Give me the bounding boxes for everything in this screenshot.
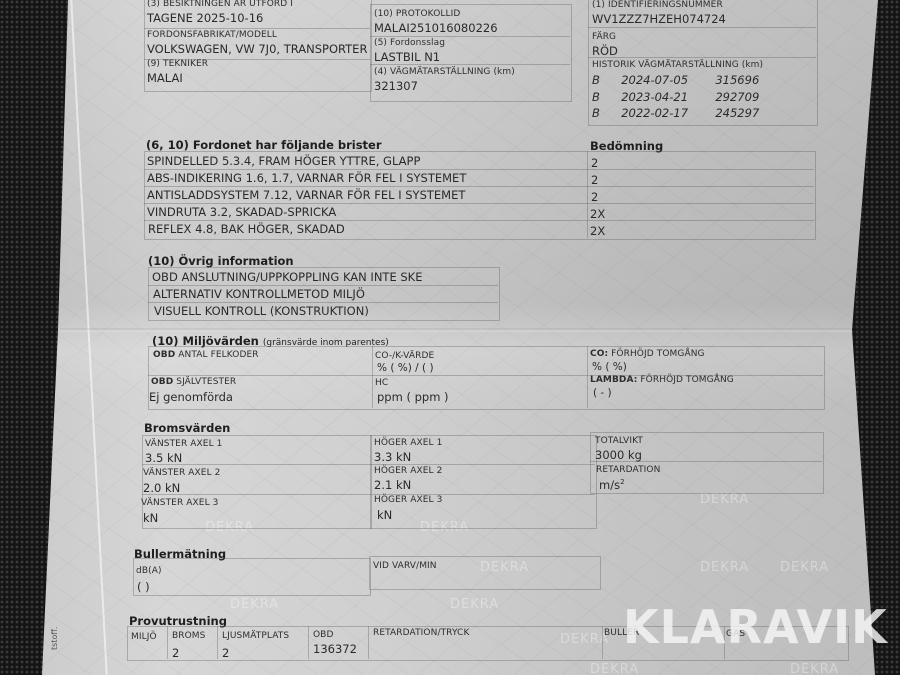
equipment-label: RETARDATION/TRYCK xyxy=(373,628,469,638)
retardation-value: m/s2 xyxy=(599,478,625,492)
total-weight-label: TOTALVIKT xyxy=(595,436,643,446)
history-date: 2023-04-21 xyxy=(621,90,688,104)
protocol-id-value: MALAI251016080226 xyxy=(374,21,498,35)
odometer-value: 321307 xyxy=(374,79,418,93)
brakes-title: Bromsvärden xyxy=(144,421,230,435)
dekra-watermark: DEKRA xyxy=(790,662,839,675)
color-label: FÄRG xyxy=(592,32,616,42)
retardation-unit: m/s xyxy=(599,478,620,492)
dekra-watermark: DEKRA xyxy=(780,560,829,575)
noise-rpm-label: VID VARV/MIN xyxy=(373,561,437,571)
divider xyxy=(144,220,814,221)
noise-dba-box xyxy=(133,558,371,596)
right-axle-2-label: HÖGER AXEL 2 xyxy=(374,466,442,476)
noise-dba-label: dB(A) xyxy=(136,566,162,576)
right-axle-1-value: 3.3 kN xyxy=(374,450,411,464)
obd-prefix: OBD xyxy=(153,350,175,360)
vin-value: WV1ZZZ7HZEH074724 xyxy=(592,12,726,26)
history-code: B xyxy=(592,106,600,120)
defect-rating: 2 xyxy=(591,156,598,170)
noise-dba-value: ( ) xyxy=(137,580,150,594)
co-idle-label-text: FÖRHÖJD TOMGÅNG xyxy=(611,349,705,359)
divider xyxy=(587,346,588,408)
inspection-document: DEKRA DEKRA DEKRA DEKRA DEKRA DEKRA DEKR… xyxy=(0,0,900,675)
dekra-watermark: DEKRA xyxy=(230,597,279,612)
defect-text: ABS-INDIKERING 1.6, 1.7, VARNAR FÖR FEL … xyxy=(147,171,466,185)
equipment-value: 136372 xyxy=(313,642,357,656)
divider xyxy=(142,494,595,495)
history-date: 2022-02-17 xyxy=(621,106,688,120)
obd-prefix: OBD xyxy=(151,377,173,387)
divider xyxy=(142,464,595,465)
right-axle-3-value: kN xyxy=(377,508,392,522)
defect-rating: 2 xyxy=(591,190,598,204)
inspection-place-value: TAGENE 2025-10-16 xyxy=(147,11,263,25)
paper-fold-horizontal xyxy=(60,328,860,332)
equipment-label: BROMS xyxy=(172,631,206,641)
color-value: RÖD xyxy=(592,44,618,58)
right-axle-2-value: 2.1 kN xyxy=(374,478,411,492)
self-tests-label: OBD SJÄLVTESTER xyxy=(151,377,236,387)
technician-label: (9) TEKNIKER xyxy=(147,59,208,69)
left-axle-1-label: VÄNSTER AXEL 1 xyxy=(145,439,223,449)
left-axle-2-value: 2.0 kN xyxy=(143,481,180,495)
other-info-line: OBD ANSLUTNING/UPPKOPPLING KAN INTE SKE xyxy=(152,270,422,284)
fault-codes-label-text: ANTAL FELKODER xyxy=(178,350,258,360)
divider xyxy=(308,626,309,659)
other-info-line: VISUELL KONTROLL (KONSTRUKTION) xyxy=(154,304,369,318)
equipment-value: 2 xyxy=(222,646,229,660)
dekra-watermark: DEKRA xyxy=(700,560,749,575)
dekra-watermark: DEKRA xyxy=(700,492,749,507)
divider xyxy=(144,186,814,187)
equipment-label: LJUSMÄTPLATS xyxy=(222,631,289,641)
retardation-exponent: 2 xyxy=(620,478,624,486)
lambda-value: ( - ) xyxy=(593,387,612,399)
retardation-label: RETARDATION xyxy=(596,465,660,475)
lambda-label: LAMBDA: FÖRHÖJD TOMGÅNG xyxy=(590,375,734,385)
hc-label: HC xyxy=(375,378,388,388)
divider xyxy=(587,151,588,238)
history-km: 292709 xyxy=(715,90,759,104)
self-tests-value: Ej genomförda xyxy=(149,390,233,404)
defect-rating: 2X xyxy=(590,224,605,238)
klaravik-watermark-logo: KLARAVIK xyxy=(623,604,888,650)
history-code: B xyxy=(592,73,600,87)
fault-codes-label: OBD ANTAL FELKODER xyxy=(153,350,259,360)
co-k-label: CO-/K-VÄRDE xyxy=(375,351,434,361)
vehicle-type-label: (5) Fordonsslag xyxy=(374,38,445,48)
total-weight-value: 3000 kg xyxy=(595,448,642,462)
defect-rating: 2X xyxy=(590,207,605,221)
left-axle-3-label: VÄNSTER AXEL 3 xyxy=(141,498,219,508)
vehicle-type-value: LASTBIL N1 xyxy=(374,50,440,64)
odometer-history-row: B 2022-02-17 245297 xyxy=(592,106,759,120)
equipment-label: MILJÖ xyxy=(131,632,157,642)
lambda-prefix: LAMBDA: xyxy=(590,375,637,385)
divider xyxy=(588,57,816,58)
right-axle-3-label: HÖGER AXEL 3 xyxy=(374,495,442,505)
left-axle-1-value: 3.5 kN xyxy=(145,451,182,465)
make-model-label: FORDONSFABRIKAT/MODELL xyxy=(147,30,277,40)
lambda-label-text: FÖRHÖJD TOMGÅNG xyxy=(640,375,734,385)
other-info-line: ALTERNATIV KONTROLLMETOD MILJÖ xyxy=(153,287,365,301)
hc-value: ppm ( ppm ) xyxy=(377,390,449,404)
paper-fold-vertical xyxy=(70,0,107,675)
dekra-watermark: DEKRA xyxy=(590,662,639,675)
left-axle-2-label: VÄNSTER AXEL 2 xyxy=(143,468,221,478)
divider xyxy=(148,302,498,303)
odometer-history-row: B 2024-07-05 315696 xyxy=(592,73,759,87)
divider xyxy=(167,626,168,659)
right-axle-1-label: HÖGER AXEL 1 xyxy=(374,438,442,448)
divider xyxy=(370,64,570,65)
history-code: B xyxy=(592,90,600,104)
defects-title: (6, 10) Fordonet har följande brister xyxy=(146,138,382,152)
inspection-place-label: (3) BESIKTNINGEN ÄR UTFÖRD I xyxy=(147,0,293,9)
divider xyxy=(148,285,498,286)
defect-text: VINDRUTA 3.2, SKADAD-SPRICKA xyxy=(147,205,336,219)
defect-text: REFLEX 4.8, BAK HÖGER, SKADAD xyxy=(148,222,345,236)
self-tests-label-text: SJÄLVTESTER xyxy=(176,377,236,387)
history-date: 2024-07-05 xyxy=(621,73,688,87)
vin-label: (1) IDENTIFIERINGSNUMMER xyxy=(592,0,723,10)
divider xyxy=(144,169,814,170)
equipment-value: 2 xyxy=(172,646,179,660)
defect-text: SPINDELLED 5.3.4, FRAM HÖGER YTTRE, GLAP… xyxy=(147,154,420,168)
co-idle-label: CO: FÖRHÖJD TOMGÅNG xyxy=(590,349,705,359)
divider xyxy=(588,27,816,28)
make-model-value: VOLKSWAGEN, VW 7J0, TRANSPORTER xyxy=(147,42,367,56)
history-km: 245297 xyxy=(715,106,759,120)
side-print-text: tstoff. xyxy=(50,627,59,650)
co-prefix: CO: xyxy=(590,349,608,359)
co-idle-value: % ( %) xyxy=(592,361,627,373)
divider xyxy=(217,626,218,659)
left-axle-3-value: kN xyxy=(143,511,158,525)
odometer-history-label: HISTORIK VÄGMÄTARSTÄLLNING (km) xyxy=(592,60,763,70)
divider xyxy=(370,36,570,37)
divider xyxy=(372,346,373,408)
history-km: 315696 xyxy=(715,73,759,87)
dekra-watermark: DEKRA xyxy=(450,597,499,612)
divider xyxy=(368,626,369,659)
defect-rating: 2 xyxy=(591,173,598,187)
co-k-value: % ( %) / ( ) xyxy=(377,362,434,374)
divider xyxy=(144,28,370,29)
technician-value: MALAI xyxy=(147,71,183,85)
protocol-id-label: (10) PROTOKOLLID xyxy=(374,9,460,19)
equipment-label: OBD xyxy=(313,630,334,640)
defect-text: ANTISLADDSYSTEM 7.12, VARNAR FÖR FEL I S… xyxy=(147,188,465,202)
divider xyxy=(602,626,603,659)
divider xyxy=(144,203,814,204)
odometer-history-row: B 2023-04-21 292709 xyxy=(592,90,759,104)
other-info-title: (10) Övrig information xyxy=(148,254,294,268)
odometer-label: (4) VÄGMÄTARSTÄLLNING (km) xyxy=(374,67,515,77)
